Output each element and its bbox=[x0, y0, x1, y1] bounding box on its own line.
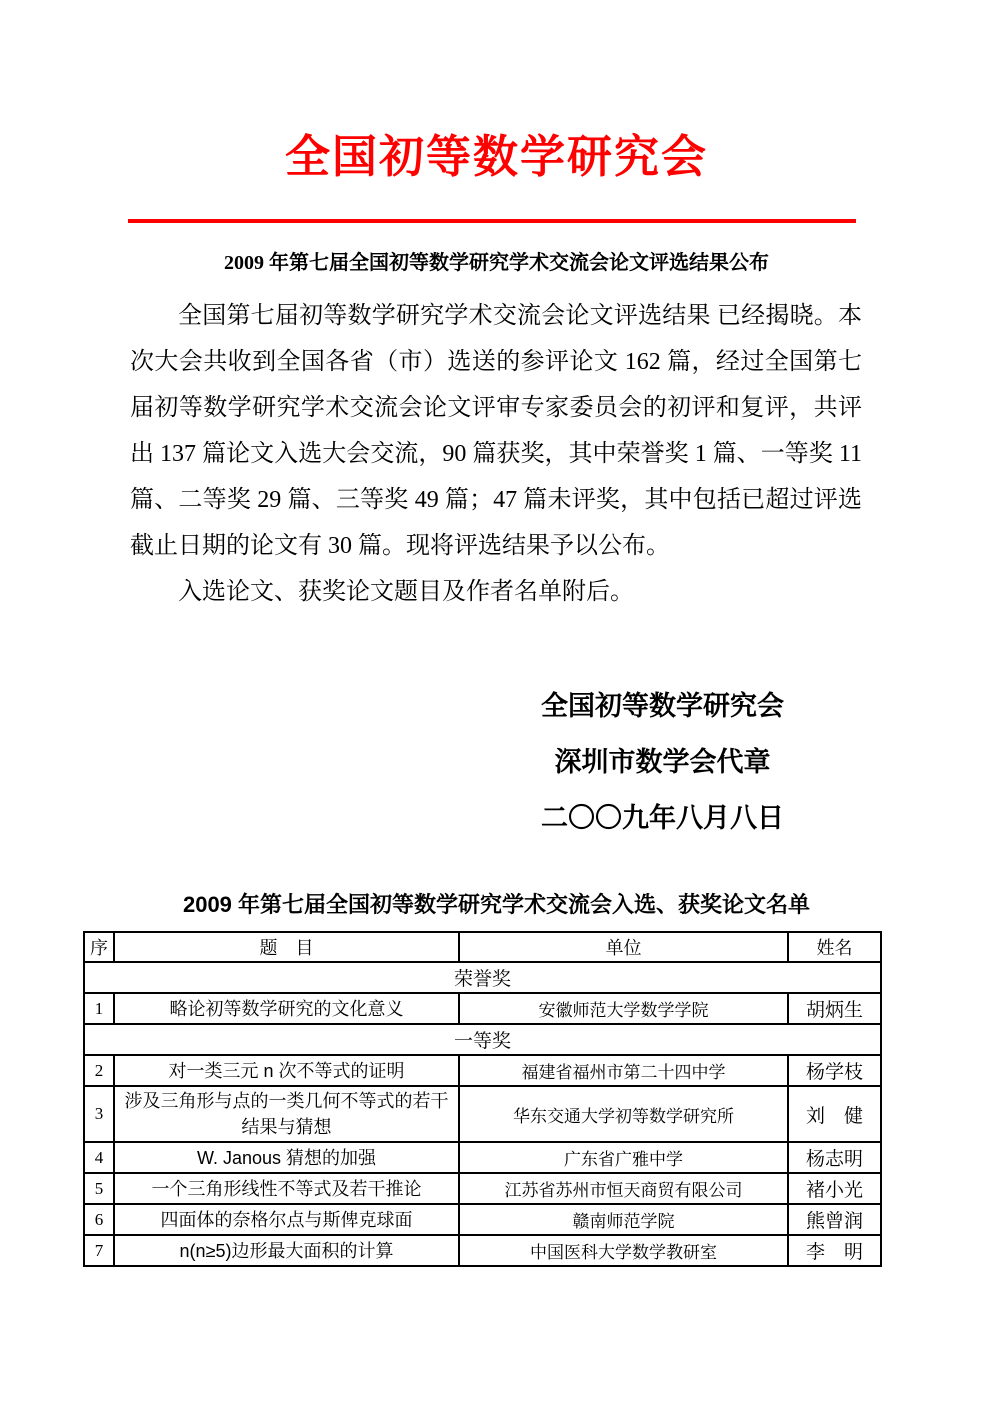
table-row: 4W. Janous 猜想的加强广东省广雅中学杨志明 bbox=[84, 1142, 881, 1173]
row-number-cell: 6 bbox=[84, 1204, 114, 1235]
signature-date: 二〇〇九年八月八日 bbox=[440, 790, 885, 846]
paper-title-cell: 四面体的奈格尔点与斯俾克球面 bbox=[114, 1204, 459, 1235]
paper-title-cell: W. Janous 猜想的加强 bbox=[114, 1142, 459, 1173]
announcement-body: 全国第七届初等数学研究学术交流会论文评选结果 已经揭晓。本次大会共收到全国各省（… bbox=[130, 293, 862, 615]
table-header-row: 序 题 目 单位 姓名 bbox=[84, 932, 881, 962]
unit-cell: 安徽师范大学数学学院 bbox=[459, 993, 788, 1024]
announcement-heading: 2009 年第七届全国初等数学研究学术交流会论文评选结果公布 bbox=[0, 246, 993, 275]
header-cell-title: 题 目 bbox=[114, 932, 459, 962]
header-cell-number: 序 bbox=[84, 932, 114, 962]
row-number-cell: 2 bbox=[84, 1055, 114, 1086]
row-number-cell: 5 bbox=[84, 1173, 114, 1204]
title-divider-rule bbox=[128, 219, 856, 223]
signature-block: 全国初等数学研究会 深圳市数学会代章 二〇〇九年八月八日 bbox=[440, 678, 885, 846]
paper-title-cell: 一个三角形线性不等式及若干推论 bbox=[114, 1173, 459, 1204]
author-name-cell: 胡炳生 bbox=[788, 993, 881, 1024]
row-number-cell: 1 bbox=[84, 993, 114, 1024]
award-section-row: 一等奖 bbox=[84, 1024, 881, 1055]
header-cell-unit: 单位 bbox=[459, 932, 788, 962]
row-number-cell: 4 bbox=[84, 1142, 114, 1173]
paper-title-cell: 涉及三角形与点的一类几何不等式的若干结果与猜想 bbox=[114, 1086, 459, 1142]
organization-title: 全国初等数学研究会 bbox=[0, 120, 993, 185]
author-name-cell: 杨学枝 bbox=[788, 1055, 881, 1086]
table-row: 7n(n≥5)边形最大面积的计算中国医科大学数学教研室李 明 bbox=[84, 1235, 881, 1266]
table-row: 1略论初等数学研究的文化意义安徽师范大学数学学院胡炳生 bbox=[84, 993, 881, 1024]
table-row: 2对一类三元 n 次不等式的证明福建省福州市第二十四中学杨学枝 bbox=[84, 1055, 881, 1086]
closing-paragraph: 入选论文、获奖论文题目及作者名单附后。 bbox=[130, 569, 862, 615]
results-table: 序 题 目 单位 姓名 荣誉奖1略论初等数学研究的文化意义安徽师范大学数学学院胡… bbox=[83, 931, 882, 1267]
paper-title-cell: 对一类三元 n 次不等式的证明 bbox=[114, 1055, 459, 1086]
author-name-cell: 刘 健 bbox=[788, 1086, 881, 1142]
table-row: 6四面体的奈格尔点与斯俾克球面赣南师范学院熊曾润 bbox=[84, 1204, 881, 1235]
author-name-cell: 李 明 bbox=[788, 1235, 881, 1266]
unit-cell: 广东省广雅中学 bbox=[459, 1142, 788, 1173]
paper-title-cell: 略论初等数学研究的文化意义 bbox=[114, 993, 459, 1024]
document-page: 全国初等数学研究会 2009 年第七届全国初等数学研究学术交流会论文评选结果公布… bbox=[0, 0, 993, 1404]
author-name-cell: 熊曾润 bbox=[788, 1204, 881, 1235]
unit-cell: 江苏省苏州市恒天商贸有限公司 bbox=[459, 1173, 788, 1204]
results-table-title: 2009 年第七届全国初等数学研究学术交流会入选、获奖论文名单 bbox=[0, 888, 993, 919]
unit-cell: 福建省福州市第二十四中学 bbox=[459, 1055, 788, 1086]
row-number-cell: 7 bbox=[84, 1235, 114, 1266]
signature-organization: 全国初等数学研究会 bbox=[440, 678, 885, 734]
row-number-cell: 3 bbox=[84, 1086, 114, 1142]
signature-seal-note: 深圳市数学会代章 bbox=[440, 734, 885, 790]
unit-cell: 赣南师范学院 bbox=[459, 1204, 788, 1235]
unit-cell: 华东交通大学初等数学研究所 bbox=[459, 1086, 788, 1142]
award-section-row: 荣誉奖 bbox=[84, 962, 881, 993]
paper-title-cell: n(n≥5)边形最大面积的计算 bbox=[114, 1235, 459, 1266]
author-name-cell: 褚小光 bbox=[788, 1173, 881, 1204]
unit-cell: 中国医科大学数学教研室 bbox=[459, 1235, 788, 1266]
body-paragraph: 全国第七届初等数学研究学术交流会论文评选结果 已经揭晓。本次大会共收到全国各省（… bbox=[130, 293, 862, 569]
table-row: 5一个三角形线性不等式及若干推论江苏省苏州市恒天商贸有限公司褚小光 bbox=[84, 1173, 881, 1204]
award-section-label: 一等奖 bbox=[84, 1024, 881, 1055]
author-name-cell: 杨志明 bbox=[788, 1142, 881, 1173]
table-row: 3涉及三角形与点的一类几何不等式的若干结果与猜想华东交通大学初等数学研究所刘 健 bbox=[84, 1086, 881, 1142]
header-cell-name: 姓名 bbox=[788, 932, 881, 962]
award-section-label: 荣誉奖 bbox=[84, 962, 881, 993]
